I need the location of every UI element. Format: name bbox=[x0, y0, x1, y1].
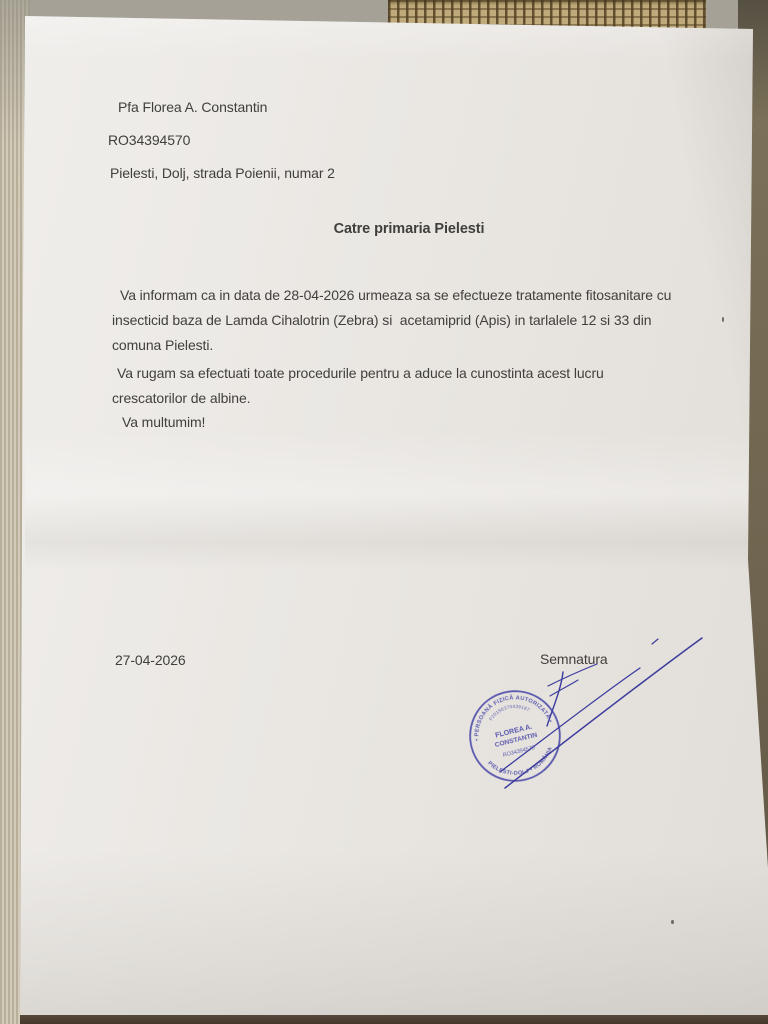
letter-title: Catre primaria Pielesti bbox=[259, 221, 559, 237]
paragraph2-line1: Va rugam sa efectuati toate procedurile … bbox=[117, 361, 604, 386]
photo-of-letter: Pfa Florea A. Constantin RO34394570 Piel… bbox=[0, 0, 768, 1024]
paragraph1-line3: comuna Pielesti. bbox=[112, 333, 213, 358]
sender-tax-id: RO34394570 bbox=[108, 132, 190, 148]
paragraph1-line1: Va informam ca in data de 28-04-2026 urm… bbox=[120, 283, 671, 308]
paragraph2-line2: crescatorilor de albine. bbox=[112, 386, 250, 411]
letter-date: 27-04-2026 bbox=[115, 652, 186, 668]
paragraph1-line2: insecticid baza de Lamda Cihalotrin (Zeb… bbox=[112, 308, 651, 333]
letter-paper: Pfa Florea A. Constantin RO34394570 Piel… bbox=[0, 0, 768, 1024]
handwritten-signature bbox=[440, 600, 768, 820]
closing-thanks: Va multumim! bbox=[122, 414, 205, 430]
ink-speck bbox=[722, 317, 724, 322]
sender-name: Pfa Florea A. Constantin bbox=[118, 99, 267, 115]
sender-address: Pielesti, Dolj, strada Poienii, numar 2 bbox=[110, 165, 335, 181]
paper-fold-highlight bbox=[25, 430, 765, 570]
signature-stroke-main bbox=[505, 638, 702, 788]
ink-speck bbox=[671, 920, 674, 924]
paper-bottom-shade bbox=[20, 850, 768, 1016]
table-edge-dark-strip bbox=[20, 1015, 768, 1024]
signature-tick bbox=[652, 639, 658, 644]
signature-stroke-parallel bbox=[500, 668, 640, 772]
